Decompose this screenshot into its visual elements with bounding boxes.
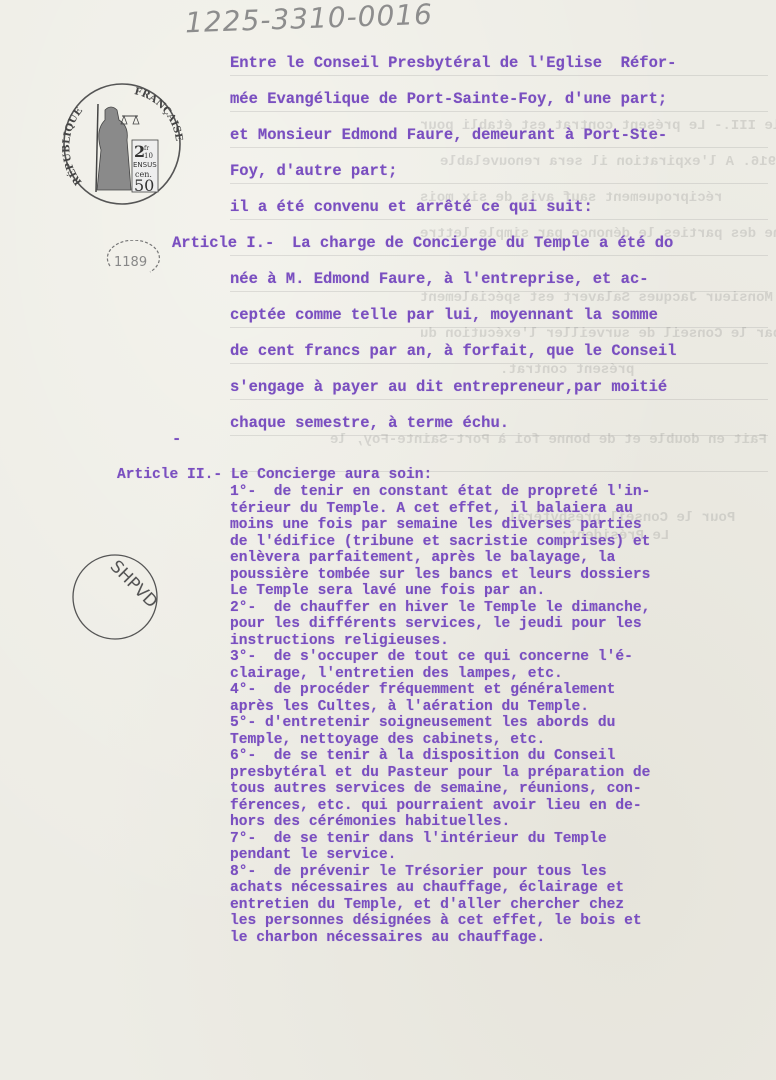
article2-line: le charbon nécessaires au chauffage. [230,930,650,947]
article2-line: Temple, nettoyage des cabinets, etc. [230,732,650,749]
svg-text:RÉPUBLIQUE: RÉPUBLIQUE [61,105,85,187]
ruled-line [230,219,768,220]
article2-line: les personnes désignées à cet effet, le … [230,913,650,930]
bleed-through-text: 1916. A l'expiration il sera renouvelabl… [440,154,776,170]
article2-line: térieur du Temple. A cet effet, il balai… [230,501,650,518]
bleed-through-text: Fait en double et de bonne foi à Port-Sa… [330,432,767,448]
article2-line: presbytéral et du Pasteur pour la prépar… [230,765,650,782]
ruled-line [230,75,768,76]
ruled-line [230,399,768,400]
article1-line: ceptée comme telle par lui, moyennant la… [230,306,658,324]
ruled-line [230,111,768,112]
svg-text:1189: 1189 [114,255,147,270]
svg-text:fr: fr [144,145,149,152]
article2-body: 1°- de tenir en constant état de propret… [230,484,650,946]
preamble-line: mée Evangélique de Port-Sainte-Foy, d'un… [230,90,667,108]
article2-line: clairage, l'entretien des lampes, etc. [230,666,650,683]
article2-line: Le Temple sera lavé une fois par an. [230,583,650,600]
margin-dash: - [172,430,181,448]
article2-line: férences, etc. qui pourraient avoir lieu… [230,798,650,815]
article1-line: chaque semestre, à terme échu. [230,414,509,432]
article1-heading: Article I.- [172,234,274,252]
svg-text:10: 10 [144,152,153,160]
bleed-through-text: présent contrat. [500,362,634,378]
article2-line: tous autres services de semaine, réunion… [230,781,650,798]
article2-line: achats nécessaires au chauffage, éclaira… [230,880,650,897]
article1-line: La charge de Concierge du Temple a été d… [292,234,673,252]
article2-line: 2°- de chauffer en hiver le Temple le di… [230,600,650,617]
article1-line: s'engage à payer au dit entrepreneur,par… [230,378,667,396]
article2-heading: Article II.- Le Concierge aura soin: [117,467,432,484]
article2-line: entretien du Temple, et d'aller chercher… [230,897,650,914]
article2-line: 4°- de procéder fréquemment et généralem… [230,682,650,699]
ruled-line [230,255,768,256]
preamble-line: Foy, d'autre part; [230,162,397,180]
article2-line: 1°- de tenir en constant état de propret… [230,484,650,501]
bleed-through-text: Article IV.- Monsieur Jacques Salavert e… [420,290,776,306]
article2-line: hors des cérémonies habituelles. [230,814,650,831]
article2-line: enlèvera parfaitement, après le balayage… [230,550,650,567]
shpvd-stamp-icon: SHPVD [70,552,160,642]
document-page: Article III.- Le présent contrat est éta… [0,0,776,1080]
archive-number: 1225-3310-0016 [184,0,433,39]
preamble-line: et Monsieur Edmond Faure, demeurant à Po… [230,126,667,144]
article2-line: de l'édifice (tribune et sacristie compr… [230,534,650,551]
article2-line: 7°- de se tenir dans l'intérieur du Temp… [230,831,650,848]
article2-line: moins une fois par semaine les diverses … [230,517,650,534]
article2-line: 8°- de prévenir le Trésorier pour tous l… [230,864,650,881]
small-stamp-icon: 1189 [102,240,162,280]
article2-line: après les Cultes, à l'aération du Temple… [230,699,650,716]
ruled-line [230,147,768,148]
article2-line: 6°- de se tenir à la disposition du Cons… [230,748,650,765]
article2-line: instructions religieuses. [230,633,650,650]
article2-line: poussière tombée sur les bancs et leurs … [230,567,650,584]
article2-line: pendant le service. [230,847,650,864]
svg-text:FRANÇAISE: FRANÇAISE [133,86,184,142]
article2-line: pour les différents services, le jeudi p… [230,616,650,633]
bleed-through-text: chargé par le Conseil de surveiller l'ex… [420,326,776,342]
article2-line: 5°- d'entretenir soigneusement les abord… [230,715,650,732]
preamble-line: Entre le Conseil Presbytéral de l'Eglise… [230,54,676,72]
article1-line: née à M. Edmond Faure, à l'entreprise, e… [230,270,649,288]
ruled-line [230,183,768,184]
ruled-line [230,363,768,364]
svg-text:50: 50 [134,176,154,195]
svg-text:ENSUS: ENSUS [133,161,157,169]
article1-line: de cent francs par an, à forfait, que le… [230,342,676,360]
preamble-line: il a été convenu et arrêté ce qui suit: [230,198,593,216]
fiscal-stamp-icon: RÉPUBLIQUE FRANÇAISE 2 fr 10 ENSUS cen. … [60,82,185,207]
article2-line: 3°- de s'occuper de tout ce qui concerne… [230,649,650,666]
svg-text:SHPVD: SHPVD [106,557,160,613]
